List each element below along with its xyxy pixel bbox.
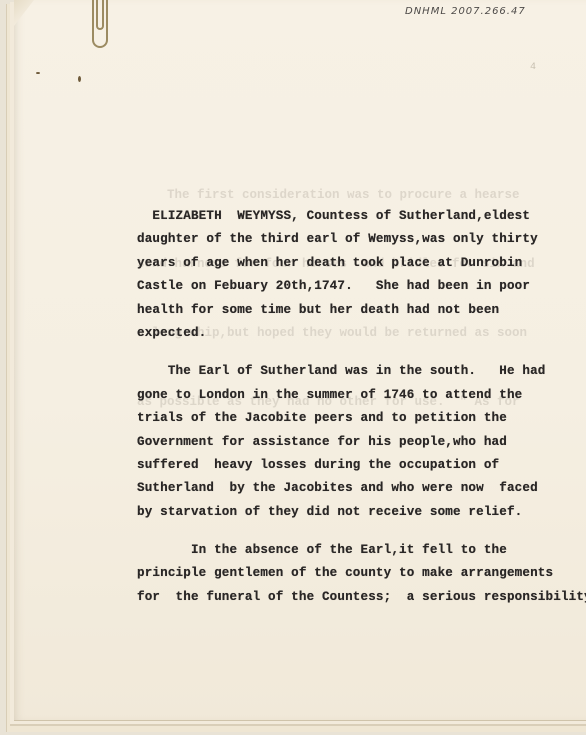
- text-line: health for some time but her death had n…: [137, 299, 577, 322]
- text-line: by starvation of they did not receive so…: [137, 501, 577, 524]
- stain-mark: [78, 76, 81, 82]
- accession-number: DNHML 2007.266.47: [405, 6, 526, 17]
- bleed-line: The first consideration was to procure a…: [137, 184, 537, 207]
- text-line: expected.: [137, 322, 577, 345]
- text-line: for the funeral of the Countess; a serio…: [137, 586, 577, 609]
- text-line: ELIZABETH WEYMYSS, Countess of Sutherlan…: [137, 205, 577, 228]
- stain-mark: [36, 72, 40, 74]
- text-line: suffered heavy losses during the occupat…: [137, 454, 577, 477]
- paperclip-icon: [92, 0, 108, 48]
- text-line: daughter of the third earl of Wemyss,was…: [137, 228, 577, 251]
- text-line: principle gentlemen of the county to mak…: [137, 562, 577, 585]
- text-line: In the absence of the Earl,it fell to th…: [137, 539, 577, 562]
- paragraph-3: In the absence of the Earl,it fell to th…: [137, 539, 577, 609]
- paragraph-gap: [137, 524, 577, 539]
- paragraph-1: ELIZABETH WEYMYSS, Countess of Sutherlan…: [137, 205, 577, 345]
- typed-text-body: ELIZABETH WEYMYSS, Countess of Sutherlan…: [137, 205, 577, 609]
- page-number: 4: [530, 62, 536, 73]
- text-line: years of age when her death took place a…: [137, 252, 577, 275]
- text-line: Sutherland by the Jacobites and who were…: [137, 477, 577, 500]
- paragraph-2: The Earl of Sutherland was in the south.…: [137, 360, 577, 524]
- text-line: Government for assistance for his people…: [137, 431, 577, 454]
- text-line: Castle on Febuary 20th,1747. She had bee…: [137, 275, 577, 298]
- text-line: gone to London in the summer of 1746 to …: [137, 384, 577, 407]
- text-line: The Earl of Sutherland was in the south.…: [137, 360, 577, 383]
- paragraph-gap: [137, 345, 577, 360]
- text-line: trials of the Jacobite peers and to peti…: [137, 407, 577, 430]
